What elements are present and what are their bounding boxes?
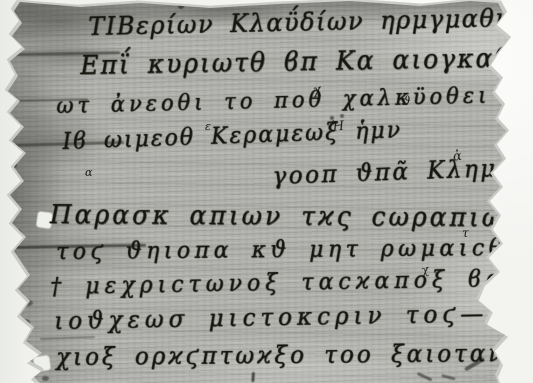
handwriting-line: ιοϑχεωσ μιϲτοκϲριν τοϛ—	[54, 300, 488, 335]
handwriting-layer: ΤΙΒερίων Κλαΰδίων ηρμγμαθνΕπΐ κυριωτθ ϐπ…	[0, 0, 533, 383]
handwriting-line: ωτ ἀνεοθι το ποθ χαλκϋοθει	[56, 82, 491, 118]
handwriting-line: χιοξ ορϰϛπτωϰξο τοο ξαιοταν—	[56, 340, 531, 371]
papyrus-photo: χϑΉεἀτχα ΤΙΒερίων Κλαΰδίων ηρμγμαθνΕπΐ κ…	[0, 0, 533, 383]
papyrus-fragment: χϑΉεἀτχα ΤΙΒερίων Κλαΰδίων ηρμγμαθνΕπΐ κ…	[0, 0, 533, 383]
handwriting-line: ΤΙΒερίων Κλαΰδίων ηρμγμαθν	[88, 3, 512, 41]
handwriting-line: τοϛ ϑηιοπα κϑ μητ ρωμαιϲθϛ	[56, 235, 523, 265]
handwriting-line: Επΐ κυριωτθ ϐπ Κα αιογκαθ	[80, 42, 512, 80]
handwriting-line: † μεχριϲτωνοξ ταϲϰαποξ ϐατ	[50, 266, 523, 300]
handwriting-line: Παρασκ απιων τϰς ϲωραπιων.	[50, 199, 533, 233]
handwriting-line: Ιϐ ωιμεοθ Κεραμεωξ ἡμν	[62, 117, 402, 155]
